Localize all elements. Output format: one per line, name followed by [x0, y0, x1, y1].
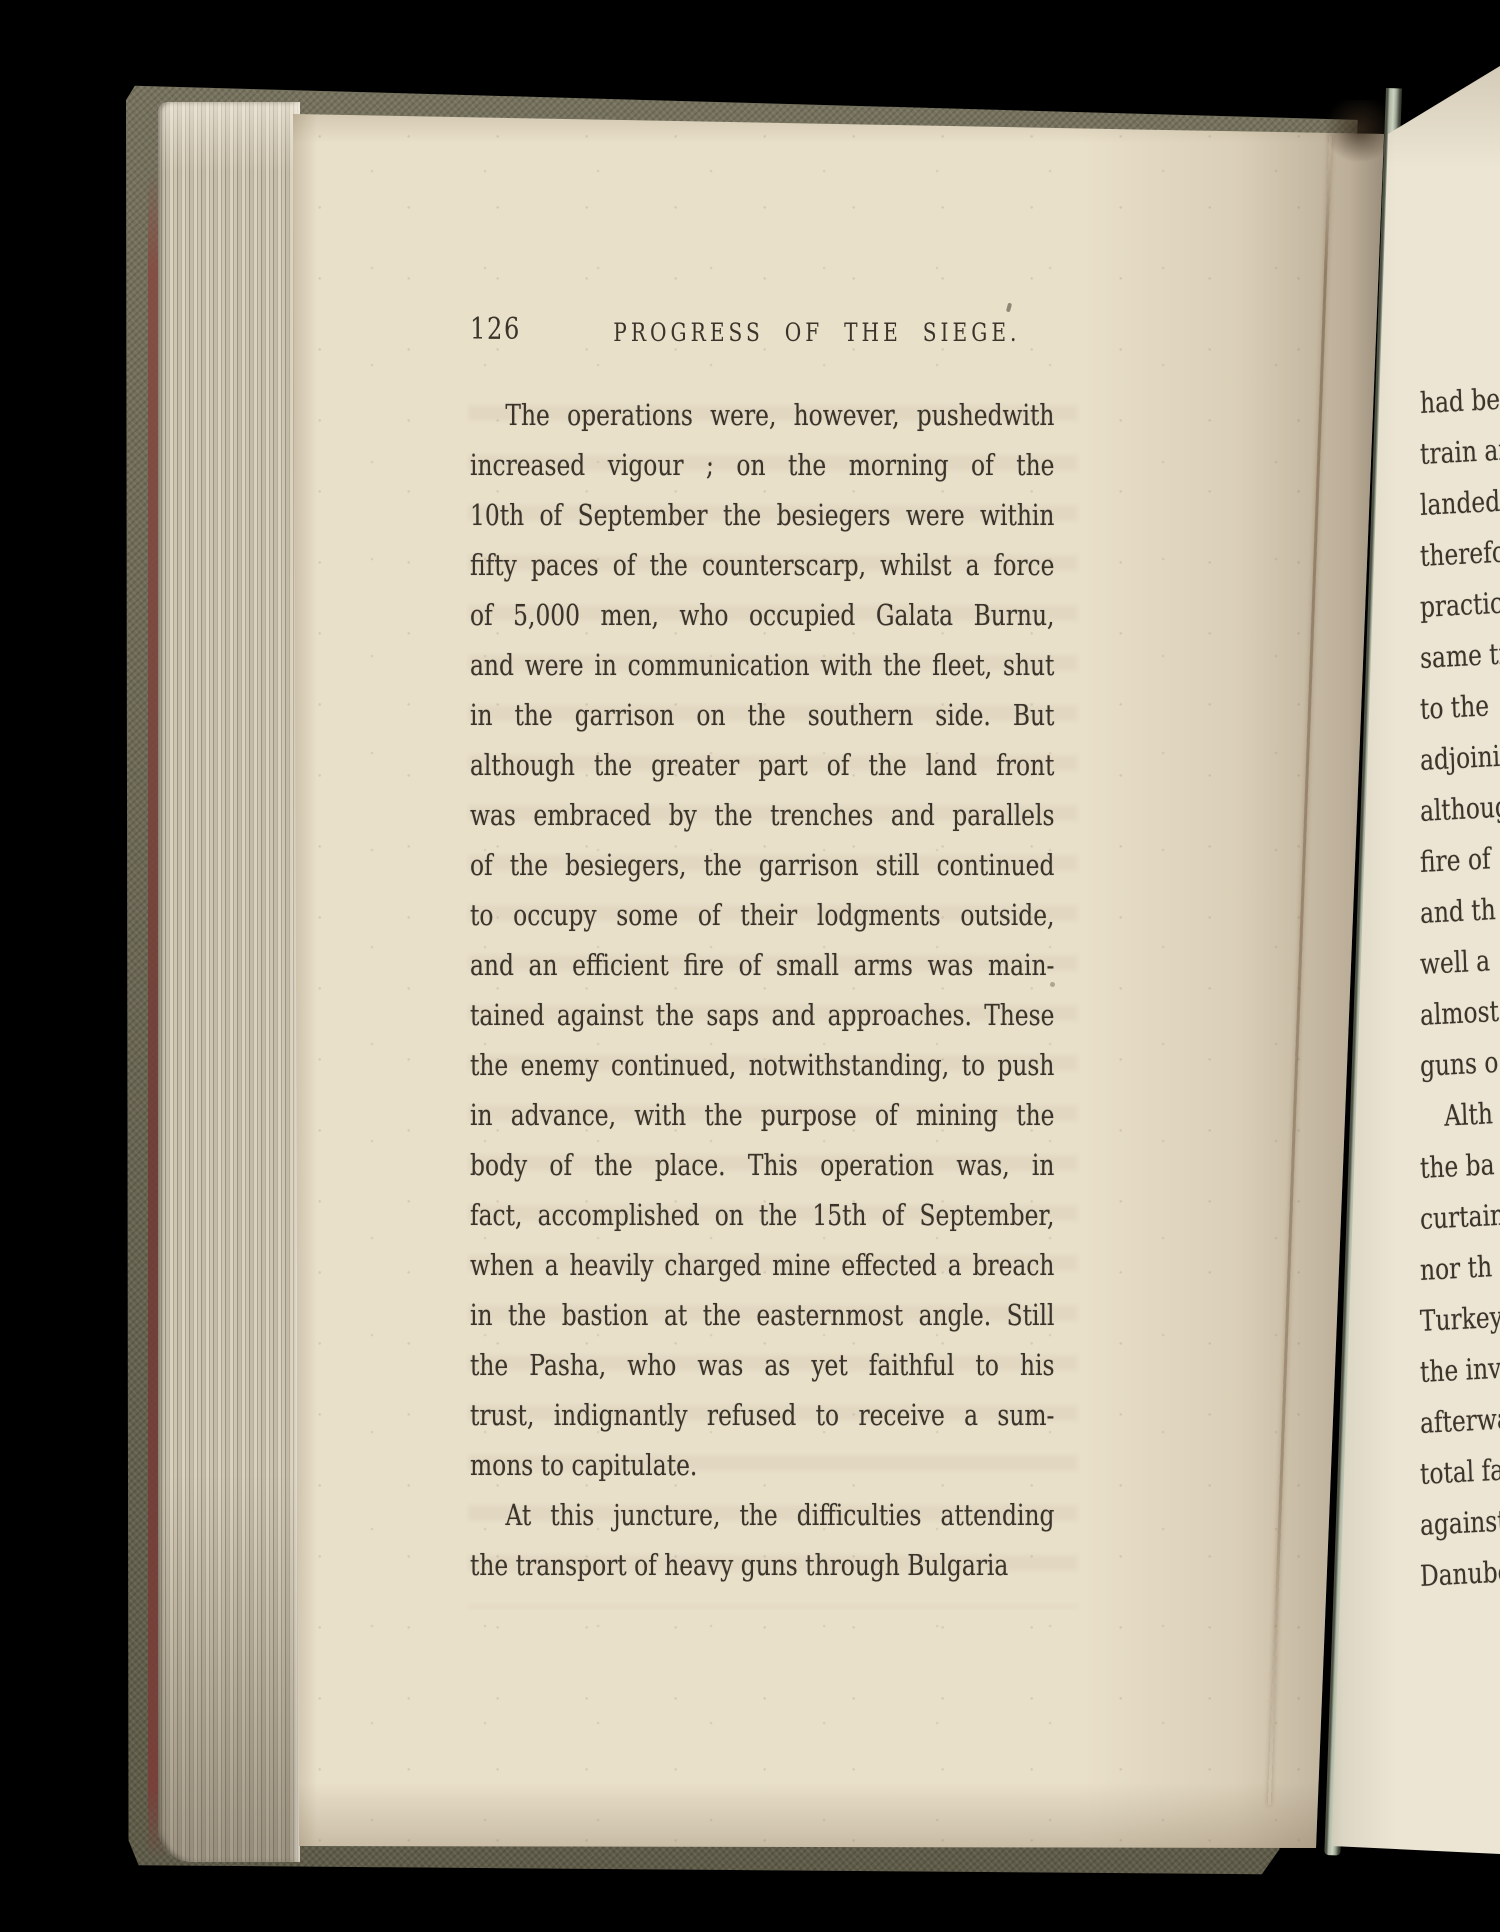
text-line-fragment: the inv	[1419, 1337, 1500, 1398]
text-line-fragment: same ti	[1419, 623, 1500, 684]
right-text-column: had bee train ar landed b therefor pract…	[1420, 378, 1500, 1602]
text-line: and an efficient fire of small arms was …	[470, 940, 1054, 990]
text-line: body of the place. This operation was, i…	[470, 1140, 1054, 1190]
text-line-fragment: the ba	[1419, 1133, 1500, 1194]
text-line: although the greater part of the land fr…	[470, 740, 1054, 790]
text-line-fragment: afterwa	[1419, 1388, 1500, 1449]
text-line: The operations were, however, pushedwith	[470, 390, 1054, 440]
text-line: At this juncture, the difficulties atten…	[470, 1490, 1054, 1540]
text-line: the transport of heavy guns through Bulg…	[470, 1540, 1054, 1590]
text-line: of 5,000 men, who occupied Galata Burnu,	[470, 590, 1054, 640]
text-line: fifty paces of the counterscarp, whilst …	[470, 540, 1054, 590]
text-line: trust, indignantly refused to receive a …	[470, 1390, 1054, 1440]
text-line-fragment: practica	[1419, 572, 1500, 633]
text-line: fact, accomplished on the 15th of Septem…	[470, 1190, 1054, 1240]
text-line: when a heavily charged mine effected a b…	[470, 1240, 1054, 1290]
text-line: 10th of September the besiegers were wit…	[470, 490, 1054, 540]
text-line: in the bastion at the easternmost angle.…	[470, 1290, 1054, 1340]
text-line-fragment: total fa	[1419, 1439, 1500, 1500]
text-line: the Pasha, who was as yet faithful to hi…	[470, 1340, 1054, 1390]
text-line: mons to capitulate.	[470, 1440, 1054, 1490]
page-edges-stack	[158, 102, 300, 1862]
paper-speck	[1050, 982, 1055, 987]
text-line-fragment: therefor	[1419, 521, 1500, 582]
gutter-crease	[1268, 136, 1332, 1805]
text-line: tained against the saps and approaches. …	[470, 990, 1054, 1040]
text-line-fragment: Turkey	[1419, 1286, 1500, 1347]
running-header: PROGRESS OF THE SIEGE.	[613, 318, 1020, 347]
text-line-fragment: Alth	[1419, 1082, 1500, 1143]
text-line-fragment: fire of	[1419, 827, 1500, 888]
page-header: 126 PROGRESS OF THE SIEGE.	[470, 312, 1054, 358]
text-line-fragment: against	[1419, 1490, 1500, 1551]
text-line-fragment: had bee	[1419, 368, 1500, 429]
text-line-fragment: train ar	[1419, 419, 1500, 480]
text-line-fragment: and th	[1419, 878, 1500, 939]
text-line-fragment: adjoini	[1419, 725, 1500, 786]
page-number: 126	[470, 312, 521, 347]
text-line-fragment: well a	[1419, 929, 1500, 990]
text-line-fragment: landed b	[1419, 470, 1500, 531]
text-line: the enemy continued, notwithstanding, to…	[470, 1040, 1054, 1090]
text-line: in the garrison on the southern side. Bu…	[470, 690, 1054, 740]
left-page: 126 PROGRESS OF THE SIEGE. The operation…	[293, 108, 1388, 1852]
text-line-fragment: curtain	[1419, 1184, 1500, 1245]
text-line-fragment: Danube	[1419, 1541, 1500, 1602]
book-photo: 126 PROGRESS OF THE SIEGE. The operation…	[0, 0, 1500, 1932]
text-line-fragment: nor th	[1419, 1235, 1500, 1296]
text-line-fragment: to the	[1419, 674, 1500, 735]
text-line: and were in communication with the fleet…	[470, 640, 1054, 690]
text-line-fragment: almost	[1419, 980, 1500, 1041]
text-line: in advance, with the purpose of mining t…	[470, 1090, 1054, 1140]
text-line-fragment: guns o	[1419, 1031, 1500, 1092]
text-line: to occupy some of their lodgments outsid…	[470, 890, 1054, 940]
text-block: The operations were, however, pushedwith…	[470, 390, 1054, 1590]
text-line-fragment: althoug	[1419, 776, 1500, 837]
text-line: increased vigour ; on the morning of the	[470, 440, 1054, 490]
text-line: of the besiegers, the garrison still con…	[470, 840, 1054, 890]
text-line: was embraced by the trenches and paralle…	[470, 790, 1054, 840]
